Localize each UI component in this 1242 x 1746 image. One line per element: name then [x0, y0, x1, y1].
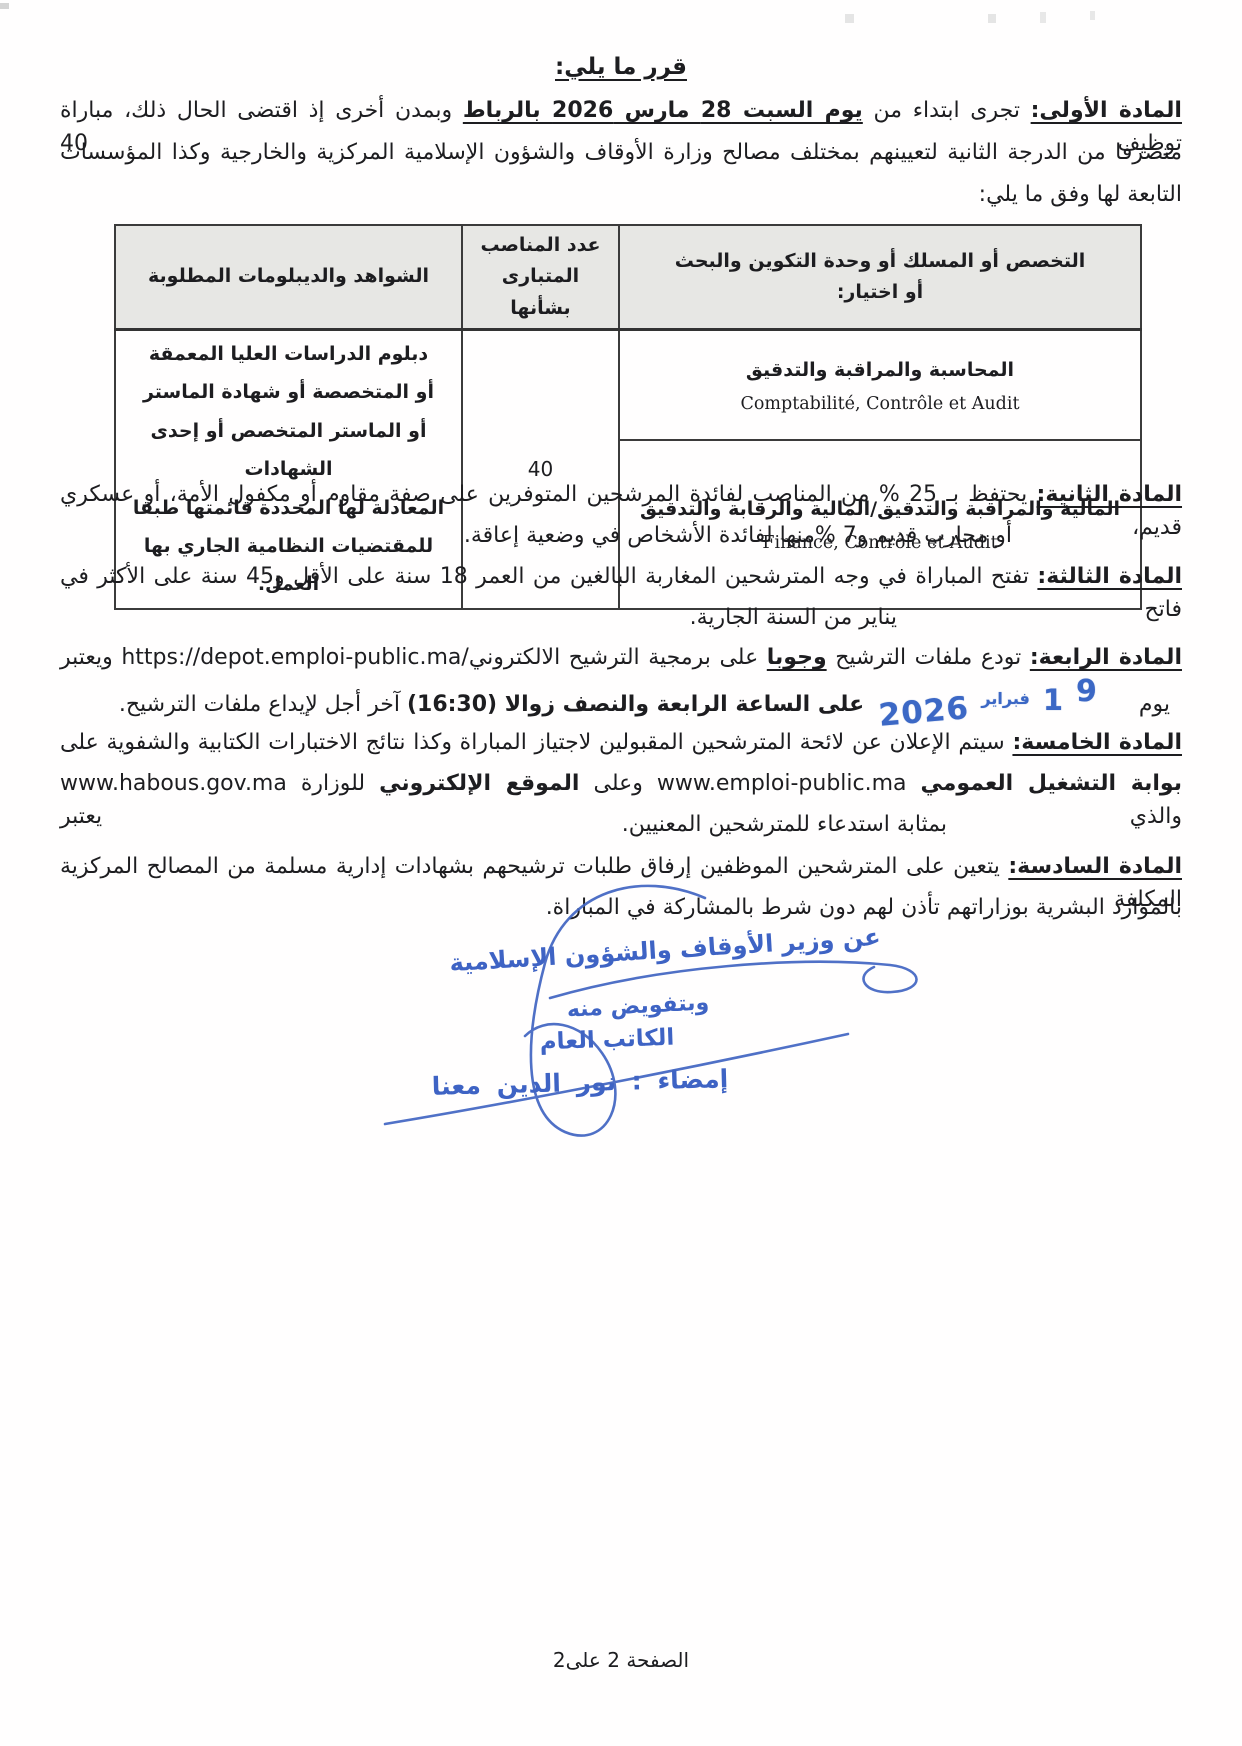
- stamp-digit-tens: 1: [1043, 679, 1063, 723]
- article-4-day-word: يوم: [1139, 692, 1170, 717]
- article-4-text: ويعتبر: [60, 645, 121, 670]
- article-5-label: المادة الخامسة:: [1012, 730, 1182, 755]
- article-4-text: آخر أجل لإيداع ملفات الترشيح.: [119, 692, 407, 717]
- handwritten-signature-scribble: [340, 868, 960, 1168]
- specialty-cell-1: المحاسبة والمراقبة والتدقيق Comptabilité…: [619, 330, 1141, 440]
- article-4-text: على برمجية الترشيح الالكتروني/: [461, 645, 766, 670]
- article-4-obligatory-bold: وجوبا: [767, 645, 827, 670]
- article-4-text: تودع ملفات الترشيح: [827, 645, 1030, 670]
- article-1-line-2: متصرفا من الدرجة الثانية لتعيينهم بمختلف…: [60, 136, 1182, 169]
- scan-artifact: [988, 14, 996, 23]
- article-2-line-2: أو محارب قديم و7 %منها لفائدة الأشخاص في…: [60, 519, 1012, 552]
- article-5-text: وعلى: [579, 771, 656, 796]
- decree-title-text: قرر ما يلي:: [555, 54, 687, 80]
- scan-artifact: [1040, 12, 1046, 23]
- article-4-line-1: المادة الرابعة: تودع ملفات الترشيح وجوبا…: [60, 641, 1182, 674]
- scan-artifact: [1090, 11, 1095, 20]
- article-1-date-bold: يوم السبت 28 مارس 2026 بالرباط: [463, 98, 863, 123]
- table-header-count: عدد المناصب المتبارى بشأنها: [462, 225, 619, 330]
- table-row-comptabilite: المحاسبة والمراقبة والتدقيق Comptabilité…: [115, 330, 1141, 440]
- date-stamp: 2026فبراير19: [878, 680, 1097, 727]
- page-number-footer: الصفحة 2 على2: [0, 1648, 1242, 1672]
- scan-artifact: [0, 3, 9, 9]
- article-1-line-3: التابعة لها وفق ما يلي:: [60, 178, 1182, 211]
- article-5-text: سيتم الإعلان عن لائحة المترشحين المقبولي…: [60, 730, 1012, 755]
- decree-document-page: قرر ما يلي: المادة الأولى: تجرى ابتداء م…: [0, 0, 1242, 1746]
- article-3-label: المادة الثالثة:: [1037, 564, 1182, 589]
- table-header-specialty: التخصص أو المسلك أو وحدة التكوين والبحث …: [619, 225, 1141, 330]
- decree-title: قرر ما يلي:: [0, 54, 1242, 80]
- emploi-public-url: www.emploi-public.ma: [657, 771, 907, 796]
- article-3-line-2: يناير من السنة الجارية.: [60, 601, 897, 634]
- article-4-line-2: يوم2026فبراير19على الساعة الرابعة والنصف…: [60, 678, 1170, 725]
- specialty-1-arabic: المحاسبة والمراقبة والتدقيق: [630, 356, 1130, 385]
- employment-portal-bold: بوابة التشغيل العمومي: [921, 771, 1182, 796]
- article-2-label: المادة الثانية:: [1037, 482, 1182, 507]
- scan-artifact: [845, 14, 854, 23]
- article-5-line-3: بمثابة استدعاء للمترشحين المعنيين.: [60, 808, 947, 841]
- stamp-digit-units: 9: [1076, 669, 1097, 714]
- article-1-text: تجرى ابتداء من: [863, 98, 1031, 123]
- deadline-time-bold: على الساعة الرابعة والنصف زوالا (16:30): [407, 692, 864, 717]
- deposit-url: https://depot.emploi-public.ma: [121, 645, 461, 670]
- article-5-line-1: المادة الخامسة: سيتم الإعلان عن لائحة ال…: [60, 726, 1182, 759]
- ministry-website-bold: الموقع الإلكتروني: [379, 771, 579, 796]
- habous-url: www.habous.gov.ma: [60, 771, 287, 796]
- specialty-1-french: Comptabilité, Contrôle et Audit: [630, 394, 1130, 414]
- article-1-label: المادة الأولى:: [1031, 98, 1182, 123]
- article-4-label: المادة الرابعة:: [1030, 645, 1182, 670]
- article-5-text: للوزارة: [287, 771, 379, 796]
- article-6-label: المادة السادسة:: [1008, 854, 1182, 879]
- table-header-diplomas: الشواهد والديبلومات المطلوبة: [115, 225, 462, 330]
- table-header-row: التخصص أو المسلك أو وحدة التكوين والبحث …: [115, 225, 1141, 330]
- stamp-month: فبراير: [981, 687, 1029, 711]
